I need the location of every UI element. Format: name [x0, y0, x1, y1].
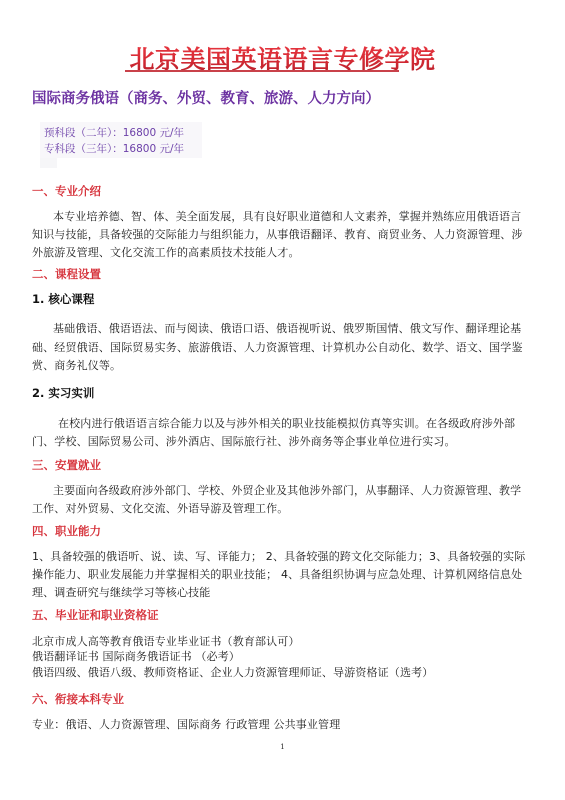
certificate-line: 俄语四级、俄语八级、教师资格证、企业人力资源管理师证、导游资格证（选考）: [32, 664, 433, 680]
core-courses-line: 赏、商务礼仪等。: [32, 357, 121, 373]
subsection-heading-internship: 2. 实习实训: [32, 385, 94, 401]
core-courses-line: 础、经贸俄语、国际贸易实务、旅游俄语、人力资源管理、计算机办公自动化、数学、语文…: [32, 339, 523, 355]
intro-line: 本专业培养德、智、体、美全面发展，具有良好职业道德和人文素养，掌握并熟练应用俄语…: [53, 208, 521, 224]
abilities-line: 理、调查研究与继续学习等核心技能: [32, 584, 210, 600]
employment-line: 主要面向各级政府涉外部门、学校、外贸企业及其他涉外部门，从事翻译、人力资源管理、…: [53, 482, 521, 498]
title-underline: [125, 70, 399, 72]
section-heading-employment: 三、安置就业: [32, 457, 101, 473]
document-page: 北京美国英语语言专修学院 国际商务俄语（商务、外贸、教育、旅游、人力方向） 预科…: [0, 0, 565, 800]
section-heading-intro: 一、专业介绍: [32, 183, 101, 199]
fee-line-college: 专科段（三年）：16800 元/年: [44, 141, 184, 156]
intro-line: 知识与技能，具备较强的交际能力与组织能力，从事俄语翻译、教育、商贸业务、人力资源…: [32, 226, 523, 242]
internship-line: 门、学校、国际贸易公司、涉外酒店、国际旅行社、涉外商务等企事业单位进行实习。: [32, 433, 456, 449]
core-courses-line: 基础俄语、俄语语法、而与阅读、俄语口语、俄语视听说、俄罗斯国情、俄文写作、翻译理…: [53, 320, 521, 336]
section-heading-certificates: 五、毕业证和职业资格证: [32, 607, 159, 623]
fee-highlight-tail: [40, 158, 57, 168]
abilities-line: 操作能力、职业发展能力并掌握相关的职业技能； 4、具备组织协调与应急处理、计算机…: [32, 566, 522, 582]
fee-line-prep: 预科段（二年）：16800 元/年: [44, 125, 184, 140]
employment-line: 工作、对外贸易、文化交流、外语导游及管理工作。: [32, 500, 288, 516]
certificate-line: 俄语翻译证书 国际商务俄语证书 （必考）: [32, 648, 240, 664]
section-heading-courses: 二、课程设置: [32, 266, 101, 282]
internship-line: 在校内进行俄语语言综合能力以及与涉外相关的职业技能模拟仿真等实训。在各级政府涉外…: [58, 415, 515, 431]
subsection-heading-core-courses: 1. 核心课程: [32, 291, 94, 307]
section-heading-bachelor-pathway: 六、衔接本科专业: [32, 691, 124, 707]
page-number: 1: [0, 743, 565, 751]
program-subtitle: 国际商务俄语（商务、外贸、教育、旅游、人力方向）: [32, 87, 380, 108]
abilities-line: 1、具备较强的俄语听、说、读、写、译能力； 2、具备较强的跨文化交际能力；3、具…: [32, 548, 525, 564]
section-heading-abilities: 四、职业能力: [32, 523, 101, 539]
certificate-line: 北京市成人高等教育俄语专业毕业证书（教育部认可）: [32, 633, 300, 649]
intro-line: 外旅游及管理、文化交流工作的高素质技术技能人才。: [32, 244, 300, 260]
bachelor-pathway-line: 专业：俄语、人力资源管理、国际商务 行政管理 公共事业管理: [32, 716, 340, 732]
